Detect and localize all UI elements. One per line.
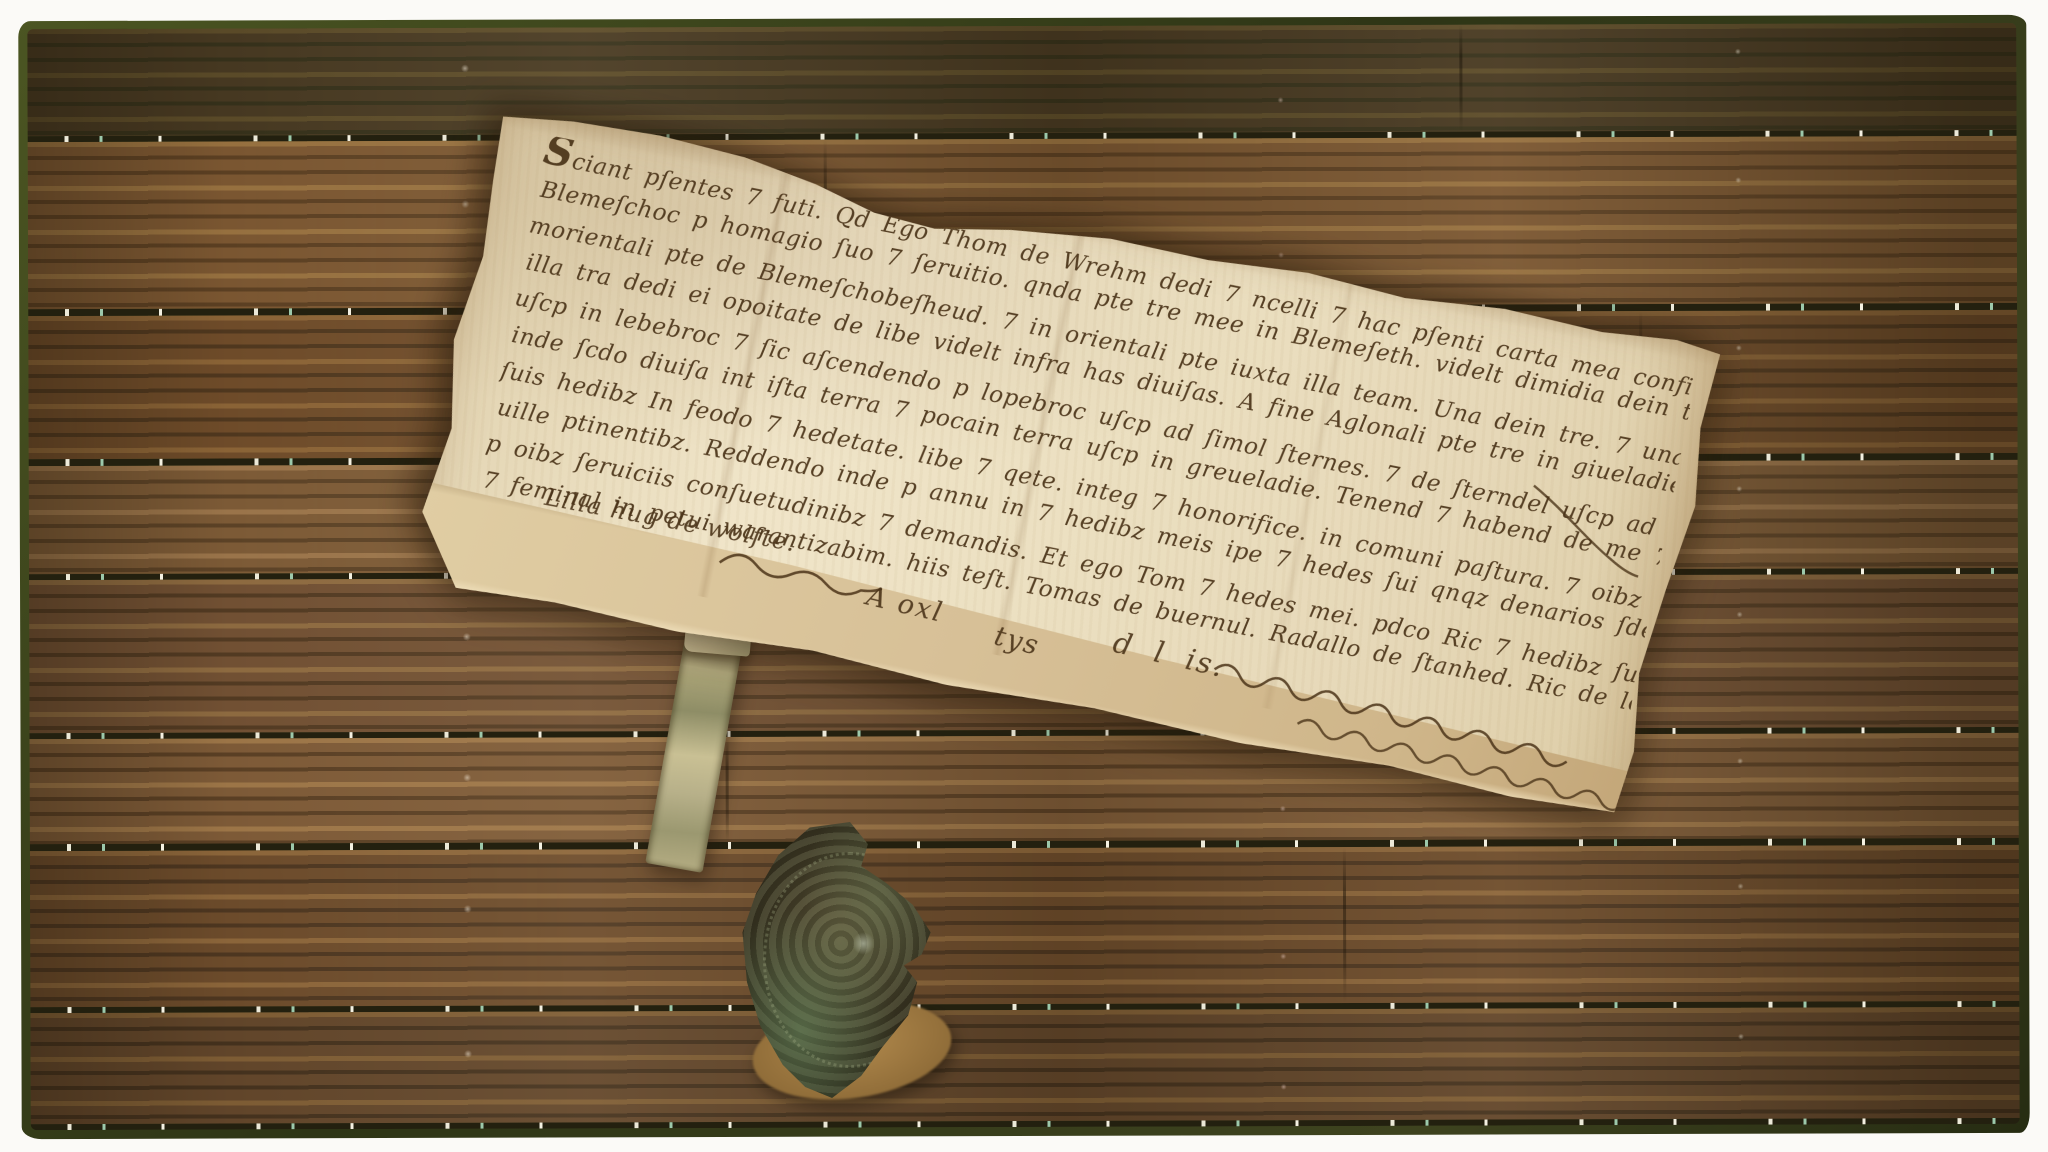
plank-seam	[1459, 25, 1462, 132]
plank-seam	[726, 737, 729, 842]
wood-plank	[30, 1007, 2019, 1124]
plank-seam	[1343, 847, 1346, 1003]
wood-plank	[30, 845, 2019, 1007]
wood-plank	[27, 23, 2016, 136]
photo-canvas: Sciant pſentes 7 futi. Qd Ego Thom de Wr…	[0, 0, 2048, 1152]
wood-plank	[30, 733, 2019, 844]
